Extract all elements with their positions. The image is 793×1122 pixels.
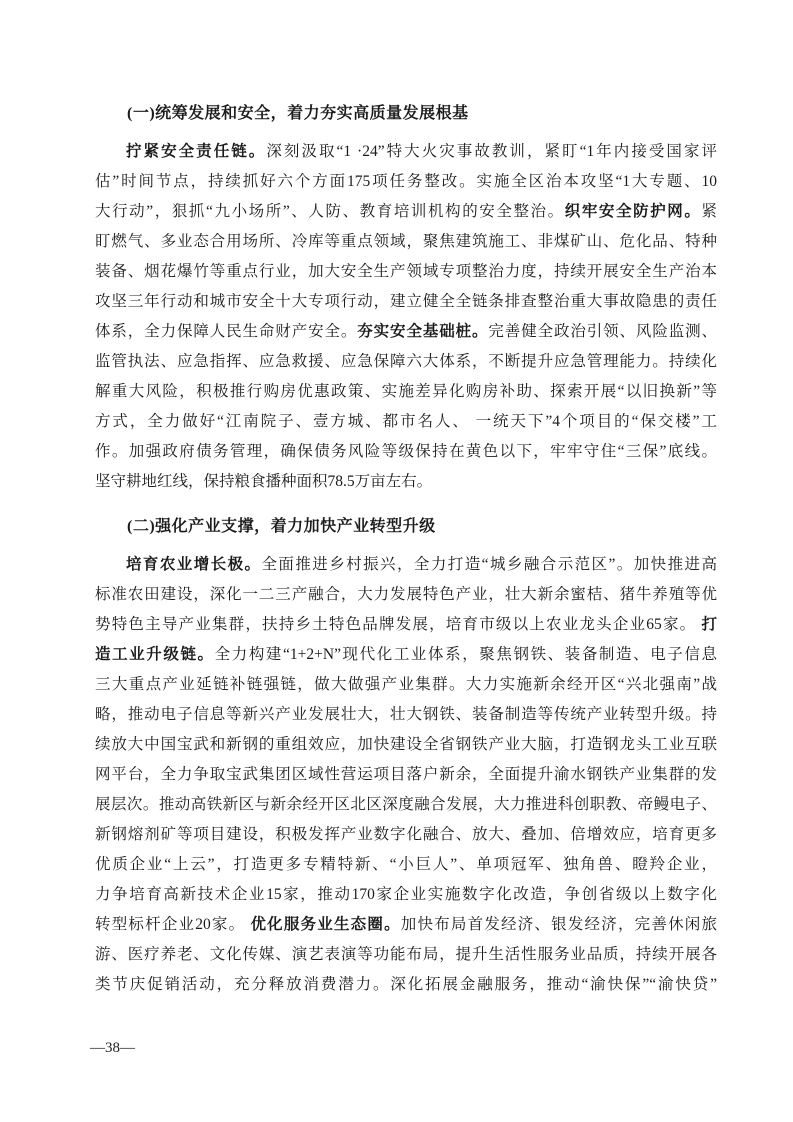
body-line: 续放大中国宝武和新钢的重组效应，加快建设全省钢铁产业大脑，打造钢龙头工业互联 — [95, 730, 717, 760]
body-line: 大行动”，狠抓“九小场所”、人防、教育培训机构的安全整治。织牢安全防护网。紧 — [95, 197, 717, 227]
text-run: 新钢熔剂矿等项目建设，积极发挥产业数字化融合、放大、叠加、倍增效应，培育更多 — [95, 826, 717, 843]
text-run: 方式，全力做好“江南院子、壹方城、都市名人、 一统天下”4个项目的“保交楼”工 — [95, 413, 717, 430]
body-line: 作。加强政府债务管理，确保债务风险等级保持在黄色以下，牢牢守住“三保”底线。 — [95, 437, 717, 467]
body-line: 类节庆促销活动，充分释放消费潜力。深化拓展金融服务，推动“渝快保”“渝快贷” — [95, 970, 717, 1000]
text-run: 攻坚三年行动和城市安全十大专项行动，建立健全全链条排查整治重大事故隐患的责任 — [95, 293, 717, 310]
body-line: 解重大风险，积极推行购房优惠政策、实施差异化购房补助、探索开展“以旧换新”等 — [95, 377, 717, 407]
body-line: 攻坚三年行动和城市安全十大专项行动，建立健全全链条排查整治重大事故隐患的责任 — [95, 287, 717, 317]
body-line: 三大重点产业延链补链强链，做大做强产业集群。大力实施新余经开区“兴北强南”战 — [95, 670, 717, 700]
body-line: 拧紧安全责任链。深刻汲取“1 ·24”特大火灾事故教训，紧盯“1年内接受国家评 — [95, 137, 717, 167]
text-run: 深刻汲取“1 ·24”特大火灾事故教训，紧盯“1年内接受国家评 — [266, 143, 717, 160]
body-line: 游、医疗养老、文化传媒、演艺表演等功能布局，提升生活性服务业品质，持续开展各 — [95, 940, 717, 970]
text-run: 装备、烟花爆竹等重点行业，加大安全生产领域专项整治力度，持续开展安全生产治本 — [95, 263, 717, 280]
text-run: 体系，全力保障人民生命财产安全。 — [95, 323, 357, 340]
section-heading: (一)统筹发展和安全，着力夯实高质量发展根基 — [95, 99, 717, 129]
text-run: 加快布局首发经济、银发经济，完善休闲旅 — [401, 916, 717, 933]
text-run: 全面推进乡村振兴，全力打造“城乡融合示范区”。加快推进高 — [261, 556, 717, 573]
body-line: 造工业升级链。全力构建“1+2+N”现代化工业体系，聚焦钢铁、装备制造、电子信息 — [95, 640, 717, 670]
body-line: 略，推动电子信息等新兴产业发展壮大，壮大钢铁、装备制造等传统产业转型升级。持 — [95, 700, 717, 730]
text-run: 三大重点产业延链补链强链，做大做强产业集群。大力实施新余经开区“兴北强南”战 — [95, 676, 717, 693]
emphasis-text-run: 夯实安全基础桩。 — [357, 323, 488, 340]
page-number: —38— — [90, 1034, 135, 1062]
text-run: 类节庆促销活动，充分释放消费潜力。深化拓展金融服务，推动“渝快保”“渝快贷” — [95, 976, 717, 993]
text-run: 监管执法、应急指挥、应急救援、应急保障六大体系，不断提升应急管理能力。持续化 — [95, 353, 717, 370]
emphasis-text-run: 造工业升级链。 — [95, 646, 215, 663]
emphasis-text-run: 优化服务业生态圈。 — [250, 916, 400, 933]
emphasis-text-run: 打 — [701, 616, 717, 633]
body-line: 估”时间节点，持续抓好六个方面175项任务整改。实施全区治本攻坚“1大专题、10 — [95, 167, 717, 197]
text-run: 标准农田建设，深化一二三产融合，大力发展特色产业，壮大新余蜜桔、猪牛养殖等优 — [95, 586, 717, 603]
text-run: 势特色主导产业集群，扶持乡土特色品牌发展，培育市级以上农业龙头企业65家。 — [95, 616, 701, 633]
text-run: 大行动”，狠抓“九小场所”、人防、教育培训机构的安全整治。 — [95, 203, 565, 220]
document-page: (一)统筹发展和安全，着力夯实高质量发展根基拧紧安全责任链。深刻汲取“1 ·24… — [0, 0, 793, 1122]
text-run: 坚守耕地红线，保持粮食播种面积78.5万亩左右。 — [95, 473, 432, 490]
text-run: 展层次。推动高铁新区与新余经开区北区深度融合发展，大力推进科创职教、帝鳗电子、 — [95, 796, 717, 813]
emphasis-text-run: 织牢安全防护网。 — [565, 203, 702, 220]
body-line: 新钢熔剂矿等项目建设，积极发挥产业数字化融合、放大、叠加、倍增效应，培育更多 — [95, 820, 717, 850]
body-line: 监管执法、应急指挥、应急救援、应急保障六大体系，不断提升应急管理能力。持续化 — [95, 347, 717, 377]
body-line: 优质企业“上云”，打造更多专精特新、“小巨人”、单项冠军、独角兽、瞪羚企业， — [95, 850, 717, 880]
text-run: 游、医疗养老、文化传媒、演艺表演等功能布局，提升生活性服务业品质，持续开展各 — [95, 946, 717, 963]
section-heading: (二)强化产业支撑，着力加快产业转型升级 — [95, 512, 717, 542]
body-line: 培育农业增长极。全面推进乡村振兴，全力打造“城乡融合示范区”。加快推进高 — [95, 550, 717, 580]
body-line: 展层次。推动高铁新区与新余经开区北区深度融合发展，大力推进科创职教、帝鳗电子、 — [95, 790, 717, 820]
text-run: 作。加强政府债务管理，确保债务风险等级保持在黄色以下，牢牢守住“三保”底线。 — [95, 443, 717, 460]
text-run: 网平台，全力争取宝武集团区域性营运项目落户新余，全面提升渝水钢铁产业集群的发 — [95, 766, 717, 783]
text-run: 转型标杆企业20家。 — [95, 916, 250, 933]
paragraph: 培育农业增长极。全面推进乡村振兴，全力打造“城乡融合示范区”。加快推进高标准农田… — [95, 550, 717, 1000]
emphasis-text-run: 培育农业增长极。 — [126, 556, 261, 573]
body-line: 盯燃气、多业态合用场所、冷库等重点领域，聚焦建筑施工、非煤矿山、危化品、特种 — [95, 227, 717, 257]
text-run: 略，推动电子信息等新兴产业发展壮大，壮大钢铁、装备制造等传统产业转型升级。持 — [95, 706, 717, 723]
text-run: 力争培育高新技术企业15家，推动170家企业实施数字化改造，争创省级以上数字化 — [95, 886, 717, 903]
body-line: 势特色主导产业集群，扶持乡土特色品牌发展，培育市级以上农业龙头企业65家。 打 — [95, 610, 717, 640]
body-line: 网平台，全力争取宝武集团区域性营运项目落户新余，全面提升渝水钢铁产业集群的发 — [95, 760, 717, 790]
text-run: 续放大中国宝武和新钢的重组效应，加快建设全省钢铁产业大脑，打造钢龙头工业互联 — [95, 736, 717, 753]
body-line: 力争培育高新技术企业15家，推动170家企业实施数字化改造，争创省级以上数字化 — [95, 880, 717, 910]
body-line: 方式，全力做好“江南院子、壹方城、都市名人、 一统天下”4个项目的“保交楼”工 — [95, 407, 717, 437]
text-run: 优质企业“上云”，打造更多专精特新、“小巨人”、单项冠军、独角兽、瞪羚企业， — [95, 856, 717, 873]
text-run: 估”时间节点，持续抓好六个方面175项任务整改。实施全区治本攻坚“1大专题、10 — [95, 173, 717, 190]
body-line: 装备、烟花爆竹等重点行业，加大安全生产领域专项整治力度，持续开展安全生产治本 — [95, 257, 717, 287]
body-line: 体系，全力保障人民生命财产安全。夯实安全基础桩。完善健全政治引领、风险监测、 — [95, 317, 717, 347]
document-content: (一)统筹发展和安全，着力夯实高质量发展根基拧紧安全责任链。深刻汲取“1 ·24… — [95, 99, 717, 1000]
text-run: 紧 — [701, 203, 717, 220]
body-line: 标准农田建设，深化一二三产融合，大力发展特色产业，壮大新余蜜桔、猪牛养殖等优 — [95, 580, 717, 610]
text-run: 完善健全政治引领、风险监测、 — [488, 323, 717, 340]
text-run: 盯燃气、多业态合用场所、冷库等重点领域，聚焦建筑施工、非煤矿山、危化品、特种 — [95, 233, 717, 250]
body-line: 坚守耕地红线，保持粮食播种面积78.5万亩左右。 — [95, 467, 717, 497]
paragraph: 拧紧安全责任链。深刻汲取“1 ·24”特大火灾事故教训，紧盯“1年内接受国家评估… — [95, 137, 717, 497]
body-line: 转型标杆企业20家。 优化服务业生态圈。加快布局首发经济、银发经济，完善休闲旅 — [95, 910, 717, 940]
text-run: 解重大风险，积极推行购房优惠政策、实施差异化购房补助、探索开展“以旧换新”等 — [95, 383, 717, 400]
text-run: 全力构建“1+2+N”现代化工业体系，聚焦钢铁、装备制造、电子信息 — [215, 646, 717, 663]
emphasis-text-run: 拧紧安全责任链。 — [126, 143, 266, 160]
